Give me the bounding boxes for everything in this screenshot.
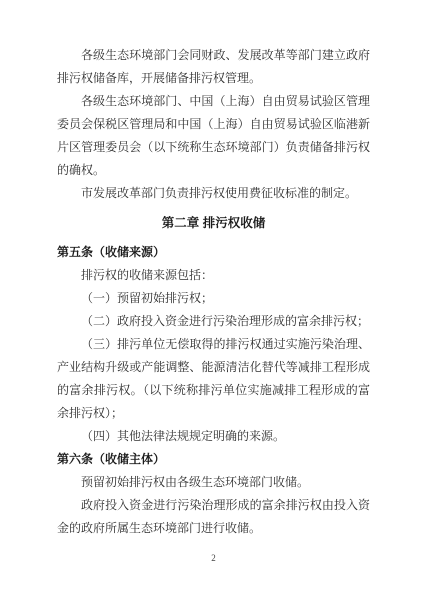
article-5-heading: 第五条（收储来源） <box>57 241 370 264</box>
chapter-heading: 第二章 排污权收储 <box>57 212 370 235</box>
paragraph-sources-intro: 排污权的收储来源包括： <box>57 264 370 287</box>
paragraph-fee-standard: 市发展改革部门负责排污权使用费征收标准的制定。 <box>57 182 370 205</box>
paragraph-source-item-2: （二）政府投入资金进行污染治理形成的富余排污权； <box>57 310 370 333</box>
page-number: 2 <box>0 553 427 563</box>
document-body: 各级生态环境部门会同财政、发展改革等部门建立政府排污权储备库，开展储备排污权管理… <box>57 44 370 540</box>
document-page: 各级生态环境部门会同财政、发展改革等部门建立政府排污权储备库，开展储备排污权管理… <box>0 0 427 604</box>
paragraph-gov-funds-storage: 政府投入资金进行污染治理形成的富余排污权由投入资金的政府所属生态环境部门进行收储… <box>57 494 370 540</box>
paragraph-source-item-3: （三）排污单位无偿取得的排污权通过实施污染治理、产业结构升级或产能调整、能源清洁… <box>57 333 370 425</box>
paragraph-source-item-1: （一）预留初始排污权； <box>57 287 370 310</box>
article-6-heading: 第六条（收储主体） <box>57 448 370 471</box>
paragraph-source-item-4: （四）其他法律法规规定明确的来源。 <box>57 425 370 448</box>
paragraph-confirm-rights: 各级生态环境部门、中国（上海）自由贸易试验区管理委员会保税区管理局和中国（上海）… <box>57 90 370 182</box>
paragraph-reserved-storage: 预留初始排污权由各级生态环境部门收储。 <box>57 471 370 494</box>
paragraph-storage-bank: 各级生态环境部门会同财政、发展改革等部门建立政府排污权储备库，开展储备排污权管理… <box>57 44 370 90</box>
